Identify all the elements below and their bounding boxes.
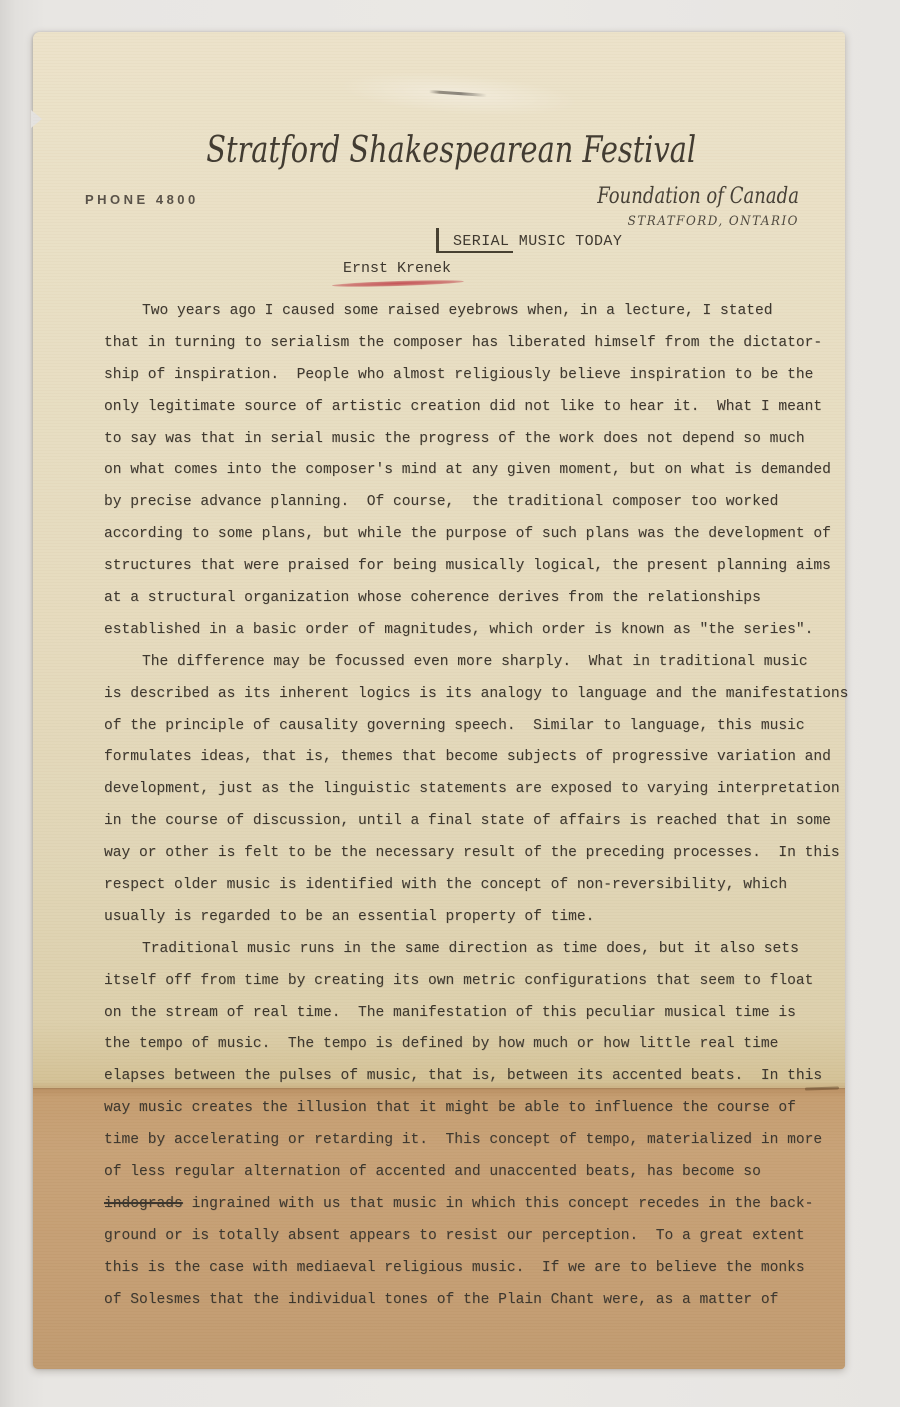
typed-line: ground or is totally absent appears to r… [104,1221,852,1253]
typed-line: the tempo of music. The tempo is defined… [104,1029,852,1061]
typed-line: according to some plans, but while the p… [104,519,852,551]
typed-line: elapses between the pulses of music, tha… [104,1061,852,1093]
typed-line: in the course of discussion, until a fin… [104,806,852,838]
typed-line: Traditional music runs in the same direc… [104,934,852,966]
typed-line: ship of inspiration. People who almost r… [104,360,852,392]
typed-line: to say was that in serial music the prog… [104,424,852,456]
typed-line: of less regular alternation of accented … [104,1157,852,1189]
red-marker-underline [332,279,464,288]
typed-line: formulates ideas, that is, themes that b… [104,742,852,774]
typed-line: indograds ingrained with us that music i… [104,1189,852,1221]
typed-line: development, just as the linguistic stat… [104,774,852,806]
typed-line: on what comes into the composer's mind a… [104,455,852,487]
typed-line: this is the case with mediaeval religiou… [104,1253,852,1285]
typed-line: usually is regarded to be an essential p… [104,902,852,934]
author-byline: Ernst Krenek [343,260,451,277]
typed-line: on the stream of real time. The manifest… [104,998,852,1030]
typed-body-text: Two years ago I caused some raised eyebr… [104,296,852,1317]
letterhead-title-text: Stratford Shakespearean Festival [206,130,696,171]
typed-line: only legitimate source of artistic creat… [104,392,852,424]
letterhead-location: STRATFORD, ONTARIO [573,214,799,229]
typed-line: The difference may be focussed even more… [104,647,852,679]
typed-line: way music creates the illusion that it m… [104,1093,852,1125]
document-title: SERIAL MUSIC TODAY [453,233,622,250]
crossed-out-word: indograds [104,1196,183,1212]
typed-line: that in turning to serialism the compose… [104,328,852,360]
typed-line: is described as its inherent logics is i… [104,679,852,711]
typed-line: at a structural organization whose coher… [104,583,852,615]
letterhead-phone: PHONE 4800 [85,192,199,207]
typed-line: established in a basic order of magnitud… [104,615,852,647]
typed-line: of the principle of causality governing … [104,711,852,743]
typed-line: by precise advance planning. Of course, … [104,487,852,519]
typed-line: structures that were praised for being m… [104,551,852,583]
scanned-photo-backdrop: PHONE 4800 Stratford Shakespearean Festi… [0,0,900,1407]
typed-line: Two years ago I caused some raised eyebr… [104,296,852,328]
typed-line: of Solesmes that the individual tones of… [104,1285,852,1317]
letterhead-title: Stratford Shakespearean Festival [33,130,845,171]
letterhead-subtitle: Foundation of Canada [597,184,799,209]
left-edge-tear-notch [31,110,42,128]
document-page: PHONE 4800 Stratford Shakespearean Festi… [33,32,845,1369]
typed-line: itself off from time by creating its own… [104,966,852,998]
typed-line: respect older music is identified with t… [104,870,852,902]
typed-line: way or other is felt to be the necessary… [104,838,852,870]
letterhead-right-block: Foundation of Canada STRATFORD, ONTARIO [553,184,799,229]
pencil-scratch-mark [429,90,487,97]
typed-line: time by accelerating or retarding it. Th… [104,1125,852,1157]
